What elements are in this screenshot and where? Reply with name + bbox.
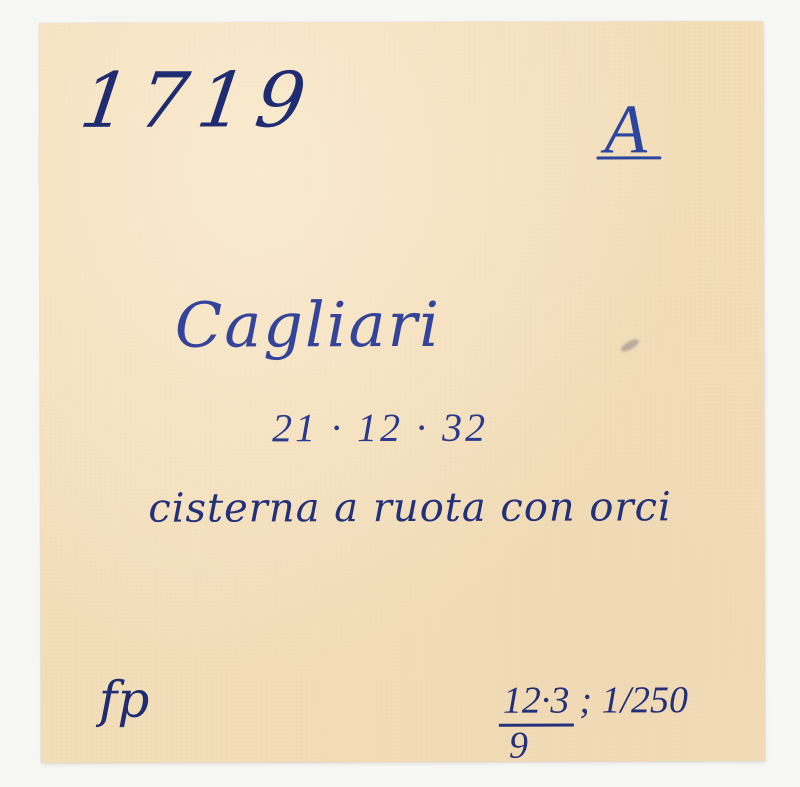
series-letter: A [604, 95, 647, 165]
shutter-speed: ; 1/250 [579, 681, 688, 721]
catalog-number: 1719 [76, 62, 320, 139]
archival-photo-card: 1719 A Cagliari 21 · 12 · 32 cisterna a … [39, 21, 765, 763]
exposure-fraction: 12·3 9 [499, 682, 574, 767]
exposure-denominator: 9 [499, 726, 574, 766]
scan-background: 1719 A Cagliari 21 · 12 · 32 cisterna a … [0, 0, 800, 787]
date: 21 · 12 · 32 [272, 408, 488, 449]
photographer-initials: fp [99, 675, 150, 725]
ink-smudge [619, 337, 640, 354]
subject-description: cisterna a ruota con orci [148, 487, 672, 528]
exposure-numerator: 12·3 [499, 682, 574, 727]
place-name: Cagliari [175, 294, 441, 357]
exposure-settings: 12·3 9 ; 1/250 [499, 681, 688, 766]
